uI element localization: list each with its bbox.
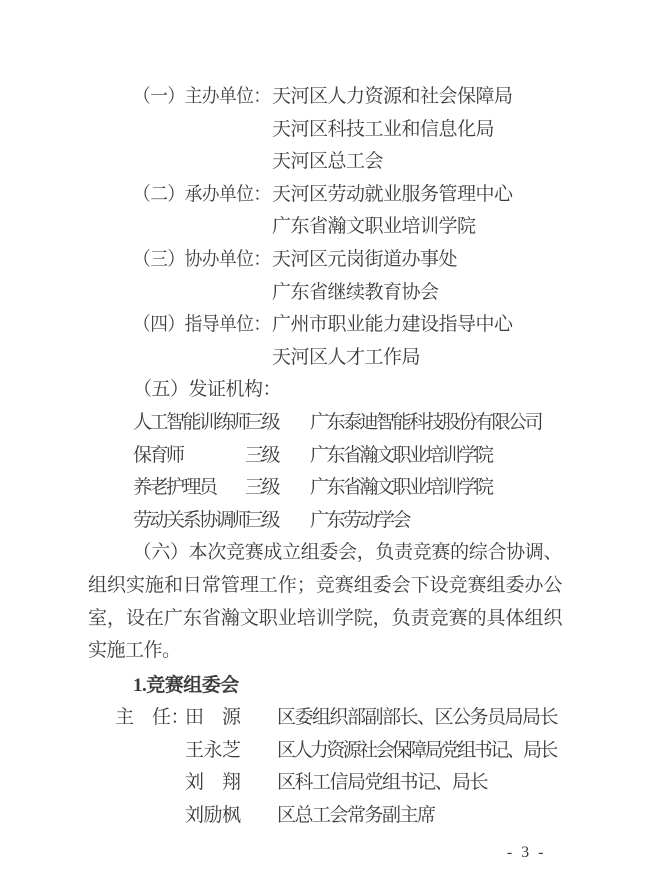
name-cell: 刘 翔: [185, 767, 277, 800]
unit-block-organizer: （二）承办单位： 天河区劳动就业服务管理中心 广东省瀚文职业培训学院: [133, 179, 562, 244]
unit-org: 天河区元岗街道办事处: [272, 244, 562, 277]
unit-block-guidance: （四）指导单位： 广州市职业能力建设指导中心 天河区人才工作局: [133, 309, 562, 374]
cert-table-row: 劳动关系协调师 三级 广东劳动学会: [133, 505, 562, 538]
cert-table-row: 人工智能训练师 三级 广东泰迪智能科技股份有限公司: [133, 407, 562, 440]
unit-org-list: 天河区人力资源和社会保障局 天河区科技工业和信息化局 天河区总工会: [272, 81, 562, 179]
role-cell: [115, 767, 185, 800]
unit-block-coorganizer: （三）协办单位： 天河区元岗街道办事处 广东省继续教育协会: [133, 244, 562, 309]
name-cell: 王永芝: [185, 735, 277, 768]
cert-table-row: 保育师 三级 广东省瀚文职业培训学院: [133, 440, 562, 473]
unit-label: （一）主办单位：: [133, 81, 262, 179]
unit-label: （二）承办单位：: [133, 179, 262, 244]
paragraph-six: （六）本次竞赛成立组委会，负责竞赛的综合协调、组织实施和日常管理工作；竞赛组委会…: [88, 537, 562, 667]
unit-block-host: （一）主办单位： 天河区人力资源和社会保障局 天河区科技工业和信息化局 天河区总…: [133, 81, 562, 179]
level-cell: 三级: [245, 472, 310, 505]
committee-row: 刘励枫 区总工会常务副主席: [115, 800, 562, 833]
unit-org: 天河区总工会: [272, 146, 562, 179]
position-cell: 区人力资源社会保障局党组书记、局长: [277, 735, 556, 768]
occupation-cell: 劳动关系协调师: [133, 505, 245, 538]
document-page: （一）主办单位： 天河区人力资源和社会保障局 天河区科技工业和信息化局 天河区总…: [0, 0, 645, 894]
occupation-cell: 保育师: [133, 440, 245, 473]
position-cell: 区总工会常务副主席: [277, 800, 435, 833]
name-cell: 刘励枫: [185, 800, 277, 833]
unit-label: （三）协办单位：: [133, 244, 262, 309]
unit-org-list: 广州市职业能力建设指导中心 天河区人才工作局: [272, 309, 562, 374]
role-cell: 主 任：: [115, 702, 185, 735]
page-number: - 3 -: [507, 843, 546, 863]
unit-org: 广东省瀚文职业培训学院: [272, 211, 562, 244]
cert-table-row: 养老护理员 三级 广东省瀚文职业培训学院: [133, 472, 562, 505]
document-body: （一）主办单位： 天河区人力资源和社会保障局 天河区科技工业和信息化局 天河区总…: [88, 81, 562, 833]
unit-org: 天河区人才工作局: [272, 342, 562, 375]
unit-org: 广东省继续教育协会: [272, 277, 562, 310]
issuer-cell: 广东泰迪智能科技股份有限公司: [310, 407, 541, 440]
level-cell: 三级: [245, 505, 310, 538]
cert-section-heading: （五）发证机构：: [133, 374, 562, 407]
level-cell: 三级: [245, 440, 310, 473]
unit-org: 广州市职业能力建设指导中心: [272, 309, 562, 342]
role-cell: [115, 800, 185, 833]
committee-row: 主 任： 田 源 区委组织部副部长、区公务员局局长: [115, 702, 562, 735]
position-cell: 区科工信局党组书记、局长: [277, 767, 487, 800]
committee-heading: 1.竞赛组委会: [133, 670, 562, 703]
unit-org: 天河区科技工业和信息化局: [272, 114, 562, 147]
issuer-cell: 广东省瀚文职业培训学院: [310, 440, 492, 473]
level-cell: 三级: [245, 407, 310, 440]
unit-org: 天河区人力资源和社会保障局: [272, 81, 562, 114]
issuer-cell: 广东劳动学会: [310, 505, 409, 538]
name-cell: 田 源: [185, 702, 277, 735]
unit-org-list: 天河区元岗街道办事处 广东省继续教育协会: [272, 244, 562, 309]
issuer-cell: 广东省瀚文职业培训学院: [310, 472, 492, 505]
unit-org-list: 天河区劳动就业服务管理中心 广东省瀚文职业培训学院: [272, 179, 562, 244]
occupation-cell: 人工智能训练师: [133, 407, 245, 440]
unit-label: （四）指导单位：: [133, 309, 262, 374]
occupation-cell: 养老护理员: [133, 472, 245, 505]
unit-org: 天河区劳动就业服务管理中心: [272, 179, 562, 212]
role-cell: [115, 735, 185, 768]
committee-row: 刘 翔 区科工信局党组书记、局长: [115, 767, 562, 800]
committee-row: 王永芝 区人力资源社会保障局党组书记、局长: [115, 735, 562, 768]
position-cell: 区委组织部副部长、区公务员局局长: [277, 702, 557, 735]
